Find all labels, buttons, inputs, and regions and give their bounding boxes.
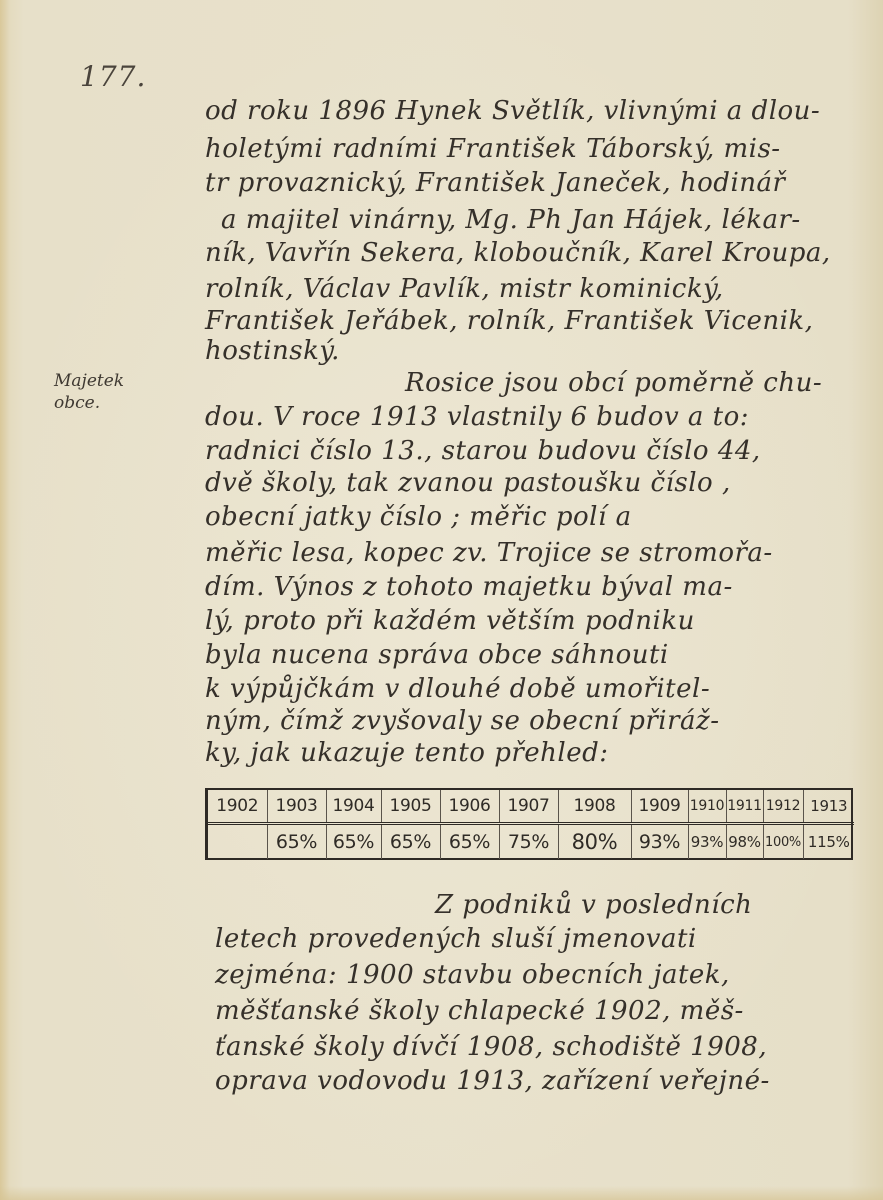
surcharge-cell: 75%: [499, 824, 558, 860]
surcharge-table: 1902 1903 1904 1905 1906 1907 1908 1909 …: [205, 788, 853, 860]
text-line: František Jeřábek, rolník, František Vic…: [205, 306, 813, 336]
year-cell: 1905: [381, 790, 440, 824]
surcharge-cell: 80%: [558, 824, 631, 860]
surcharge-row: 65% 65% 65% 65% 75% 80% 93% 93% 98% 100%…: [208, 824, 854, 860]
year-cell: 1913: [803, 790, 854, 824]
surcharge-cell: 93%: [688, 824, 726, 860]
surcharge-table-grid: 1902 1903 1904 1905 1906 1907 1908 1909 …: [208, 790, 854, 859]
year-cell: 1904: [326, 790, 381, 824]
surcharge-cell: 115%: [803, 824, 854, 860]
text-line: byla nucena správa obce sáhnouti: [205, 640, 669, 670]
year-cell: 1907: [499, 790, 558, 824]
surcharge-cell: [208, 824, 267, 860]
surcharge-cell: 65%: [440, 824, 499, 860]
text-line: od roku 1896 Hynek Světlík, vlivnými a d…: [205, 96, 820, 126]
text-line: měšťanské školy chlapecké 1902, měš-: [215, 996, 744, 1026]
text-line: holetými radními František Táborský, mis…: [205, 134, 781, 164]
text-line: Z podniků v posledních: [435, 890, 752, 920]
text-line: měřic lesa, kopec zv. Trojice se stromoř…: [205, 538, 773, 568]
text-line: zejména: 1900 stavbu obecních jatek,: [215, 960, 730, 990]
text-line: dou. V roce 1913 vlastnily 6 budov a to:: [205, 402, 749, 432]
surcharge-cell: 65%: [267, 824, 326, 860]
margin-note-line: Majetek: [54, 370, 164, 392]
surcharge-cell: 98%: [726, 824, 763, 860]
text-line: k výpůjčkám v dlouhé době umořitel-: [205, 674, 710, 704]
year-cell: 1902: [208, 790, 267, 824]
year-row: 1902 1903 1904 1905 1906 1907 1908 1909 …: [208, 790, 854, 824]
year-cell: 1906: [440, 790, 499, 824]
surcharge-cell: 100%: [763, 824, 803, 860]
year-cell: 1909: [631, 790, 688, 824]
year-cell: 1912: [763, 790, 803, 824]
text-line: radnici číslo 13., starou budovu číslo 4…: [205, 436, 761, 466]
text-line: tr provaznický, František Janeček, hodin…: [205, 168, 785, 198]
text-line: hostinský.: [205, 336, 340, 366]
text-line: lý, proto při každém větším podniku: [205, 606, 695, 636]
surcharge-cell: 65%: [326, 824, 381, 860]
year-cell: 1910: [688, 790, 726, 824]
year-cell: 1903: [267, 790, 326, 824]
text-line: Rosice jsou obcí poměrně chu-: [405, 368, 822, 398]
text-line: dím. Výnos z tohoto majetku býval ma-: [205, 572, 733, 602]
text-line: obecní jatky číslo ; měřic polí a: [205, 502, 632, 532]
text-line: oprava vodovodu 1913, zařízení veřejné-: [215, 1066, 770, 1096]
text-line: rolník, Václav Pavlík, mistr kominický,: [205, 274, 724, 304]
surcharge-cell: 93%: [631, 824, 688, 860]
text-line: ník, Vavřín Sekera, kloboučník, Karel Kr…: [205, 238, 831, 268]
surcharge-cell: 65%: [381, 824, 440, 860]
text-line: ky, jak ukazuje tento přehled:: [205, 738, 609, 768]
margin-note: Majetek obce.: [54, 370, 164, 414]
page-number: 177.: [80, 60, 146, 93]
year-cell: 1908: [558, 790, 631, 824]
margin-note-line: obce.: [54, 392, 164, 414]
text-line: dvě školy, tak zvanou pastoušku číslo ,: [205, 468, 731, 498]
text-line: a majitel vinárny, Mg. Ph Jan Hájek, lék…: [221, 205, 801, 235]
text-line: letech provedených sluší jmenovati: [215, 924, 697, 954]
manuscript-page: 177. Majetek obce. od roku 1896 Hynek Sv…: [0, 0, 883, 1200]
year-cell: 1911: [726, 790, 763, 824]
text-line: ťanské školy dívčí 1908, schodiště 1908,: [215, 1032, 767, 1062]
text-line: ným, čímž zvyšovaly se obecní přiráž-: [205, 706, 720, 736]
